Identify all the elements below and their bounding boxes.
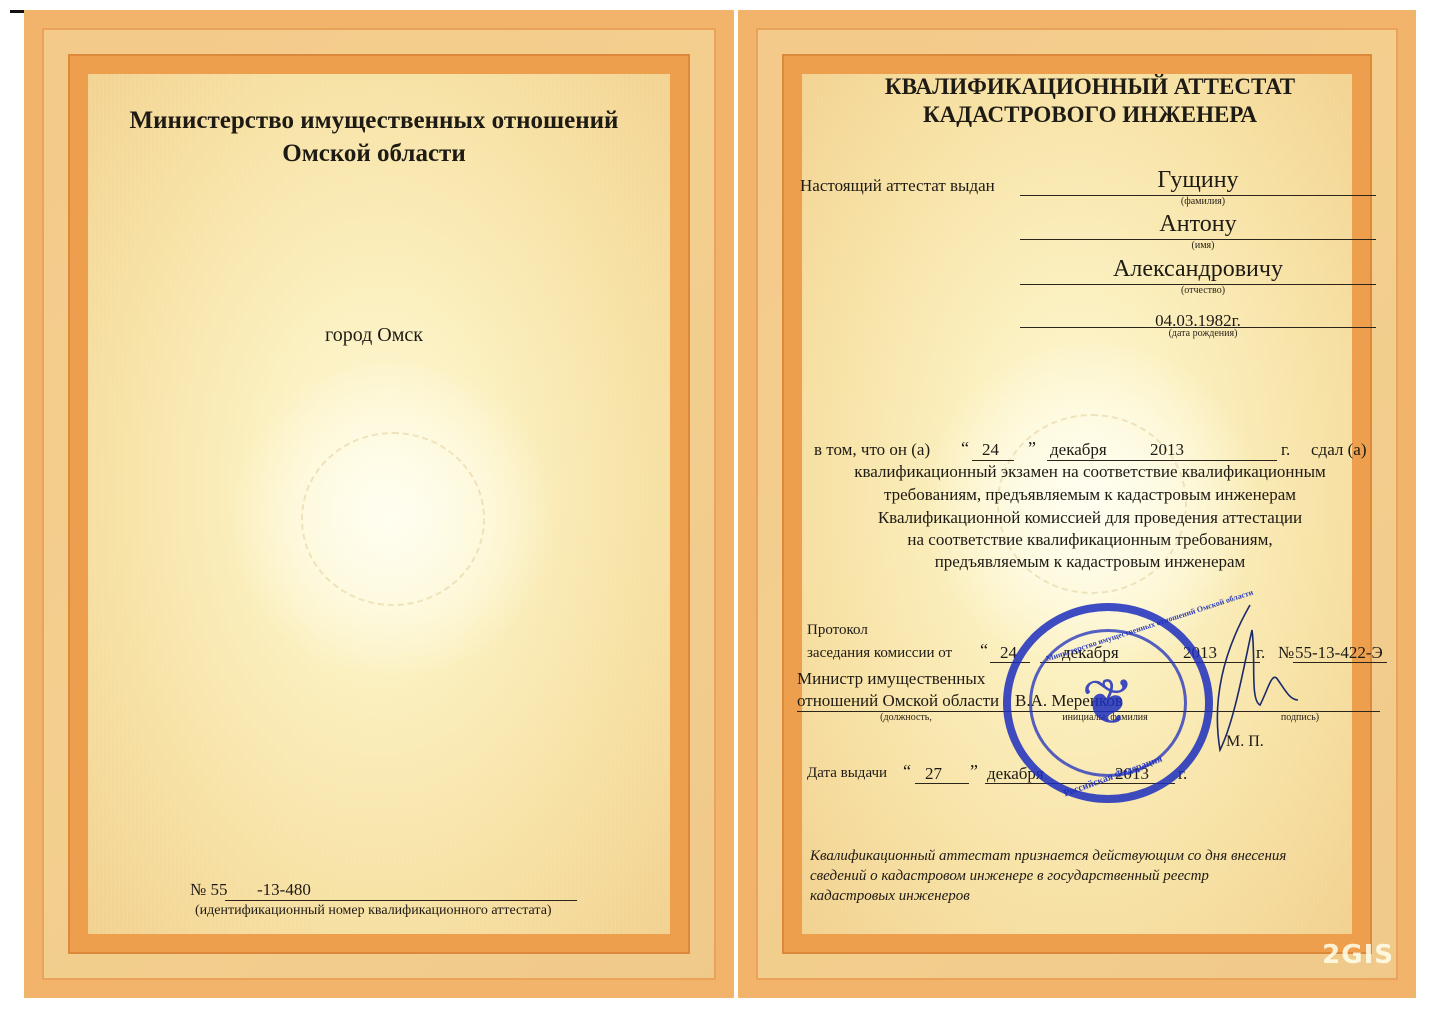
issue-date-day: 27	[925, 764, 942, 784]
exam-close-quote: ”	[1028, 438, 1036, 459]
protocol-label: Протокол	[807, 622, 868, 639]
issue-date-close-quote: ”	[970, 761, 978, 782]
scan-mark	[10, 10, 24, 13]
protocol-number: 55-13-422-Э	[1295, 643, 1383, 663]
validity-note-line: кадастровых инженеров	[810, 888, 970, 905]
watermark-2gis: 2GIS	[1322, 940, 1394, 970]
issue-date-label: Дата выдачи	[807, 765, 887, 782]
protocol-number-line	[1293, 662, 1387, 663]
exam-text-line: предъявляемым к кадастровым инженерам	[790, 552, 1390, 572]
certificate-title-line1: КВАЛИФИКАЦИОННЫЙ АТТЕСТАТ	[820, 74, 1360, 100]
guilloche-rosette	[228, 364, 558, 674]
certificate-number-caption: (идентификационный номер квалификационно…	[195, 903, 552, 919]
exam-open-quote: “	[961, 438, 969, 459]
official-seal-stamp: ❦ Министерство имущественных отношений О…	[1003, 603, 1213, 803]
exam-lead: в том, что он (а)	[814, 440, 930, 460]
validity-note-line: сведений о кадастровом инженере в госуда…	[810, 868, 1209, 885]
certificate-number-prefix: № 55	[190, 880, 227, 900]
inner-guilloche-panel	[68, 54, 690, 954]
issue-date-day-line	[915, 783, 969, 784]
certificate-number-line	[225, 900, 577, 901]
exam-text-line: требованиям, предъявляемым к кадастровым…	[790, 485, 1390, 505]
exam-month-year-line	[1047, 460, 1277, 461]
protocol-open-quote: “	[980, 640, 988, 661]
issue-date-open-quote: “	[903, 761, 911, 782]
patronymic-caption: (отчество)	[1181, 285, 1225, 296]
exam-month: декабря	[1050, 440, 1107, 460]
exam-year: 2013	[1150, 440, 1184, 460]
exam-day: 24	[982, 440, 999, 460]
official-caption-position: (должность,	[880, 712, 932, 723]
patronymic-value: Александровичу	[1020, 256, 1376, 283]
issued-to-label: Настоящий аттестат выдан	[800, 176, 995, 196]
birth-date-caption: (дата рождения)	[1169, 328, 1238, 339]
eagle-emblem-icon: ❦	[1081, 671, 1135, 735]
first-name-caption: (имя)	[1192, 240, 1215, 251]
exam-year-suffix: г.	[1281, 440, 1290, 460]
exam-day-line	[972, 460, 1014, 461]
official-position-line1: Министр имущественных	[797, 669, 985, 689]
surname-value: Гущину	[1020, 167, 1376, 194]
certificate-title-line2: КАДАСТРОВОГО ИНЖЕНЕРА	[820, 102, 1360, 128]
first-name-value: Антону	[1020, 211, 1376, 238]
ministry-title-line2: Омской области	[104, 140, 644, 168]
ministry-title-line1: Министерство имущественных отношений	[104, 107, 644, 135]
validity-note-line: Квалификационный аттестат признается дей…	[810, 848, 1286, 865]
exam-text-line: квалификационный экзамен на соответствие…	[790, 462, 1390, 482]
exam-passed: сдал (а)	[1311, 440, 1367, 460]
protocol-meeting-label: заседания комиссии от	[807, 645, 952, 662]
certificate-number-value: -13-480	[257, 880, 311, 900]
exam-text-line: Квалификационной комиссией для проведени…	[790, 508, 1390, 528]
handwritten-signature	[1190, 600, 1300, 760]
city-label: город Омск	[274, 324, 474, 347]
surname-caption: (фамилия)	[1181, 196, 1225, 207]
official-position-line2: отношений Омской области	[797, 691, 999, 711]
exam-text-line: на соответствие квалификационным требова…	[790, 530, 1390, 550]
